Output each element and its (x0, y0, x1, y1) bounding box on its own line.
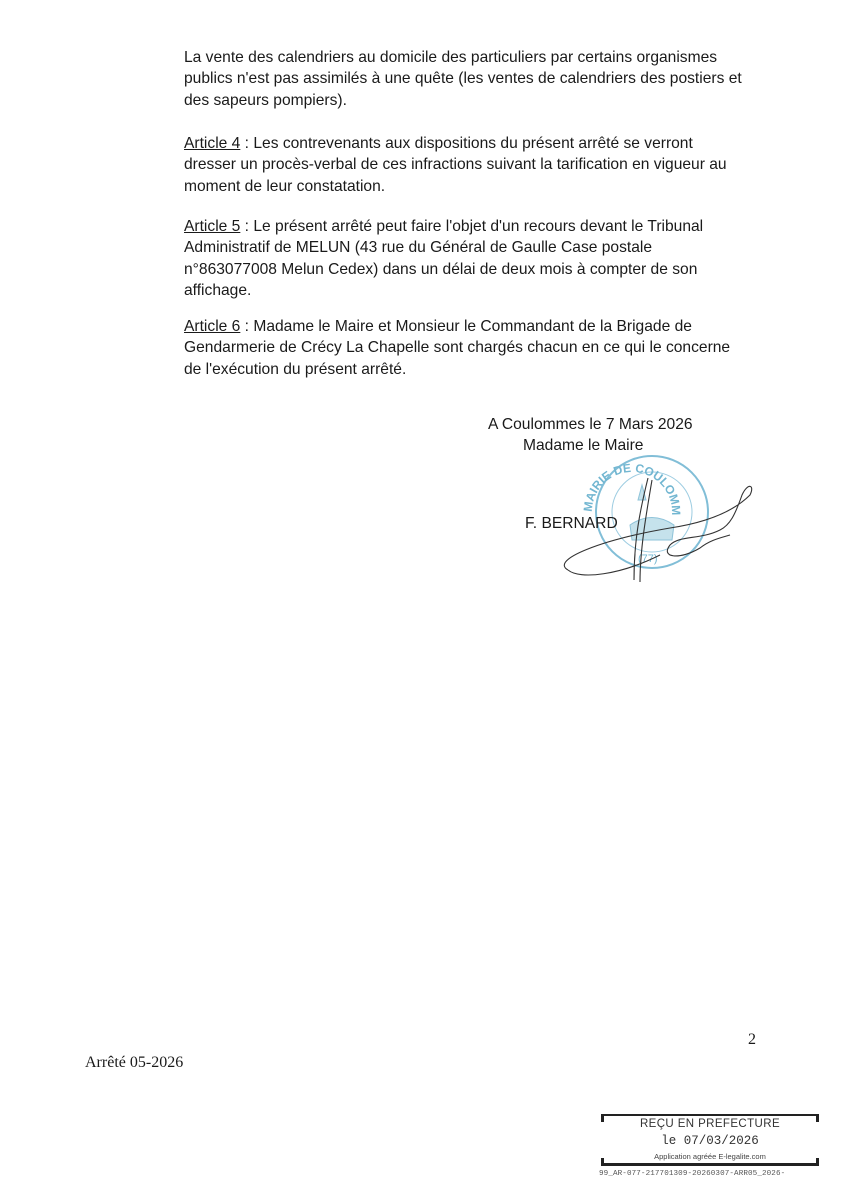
article-4-label: Article 4 (184, 135, 240, 152)
article-4-text: Les contrevenants aux dispositions du pr… (184, 135, 727, 195)
stamp-application-label: Application agréée E-legalite.com (601, 1152, 819, 1161)
stamp-received-date: le 07/03/2026 (601, 1134, 819, 1148)
svg-text:MAIRIE DE COULOMMES: MAIRIE DE COULOMMES (560, 440, 683, 515)
stamp-border-bottom (601, 1163, 819, 1166)
mayor-seal-icon: MAIRIE DE COULOMMES (77) (560, 440, 708, 568)
article-5-separator: : (240, 218, 253, 235)
article-5-label: Article 5 (184, 218, 240, 235)
article-5: Article 5 : Le présent arrêté peut faire… (184, 216, 744, 301)
article-4-separator: : (240, 135, 253, 152)
document-reference: Arrêté 05-2026 (85, 1054, 183, 1072)
article-5-text: Le présent arrêté peut faire l'objet d'u… (184, 218, 703, 299)
stamp-border-top (601, 1114, 819, 1116)
seal-text: MAIRIE DE COULOMMES (560, 440, 683, 515)
page-number: 2 (748, 1031, 756, 1049)
prefecture-act-code: 99_AR-077-217701309-20260307-ARR05_2026- (599, 1170, 785, 1178)
article-6: Article 6 : Madame le Maire et Monsieur … (184, 316, 744, 380)
article-4: Article 4 : Les contrevenants aux dispos… (184, 133, 744, 197)
article-6-label: Article 6 (184, 318, 240, 335)
article-6-text: Madame le Maire et Monsieur le Commandan… (184, 318, 730, 378)
signature-place-date: A Coulommes le 7 Mars 2026 (488, 414, 693, 435)
prefecture-receipt-stamp: REÇU EN PREFECTURE le 07/03/2026 Applica… (601, 1114, 819, 1166)
signature-name: F. BERNARD (525, 513, 618, 534)
stamp-received-label: REÇU EN PREFECTURE (601, 1118, 819, 1130)
intro-paragraph: La vente des calendriers au domicile des… (184, 47, 744, 111)
article-6-separator: : (240, 318, 253, 335)
